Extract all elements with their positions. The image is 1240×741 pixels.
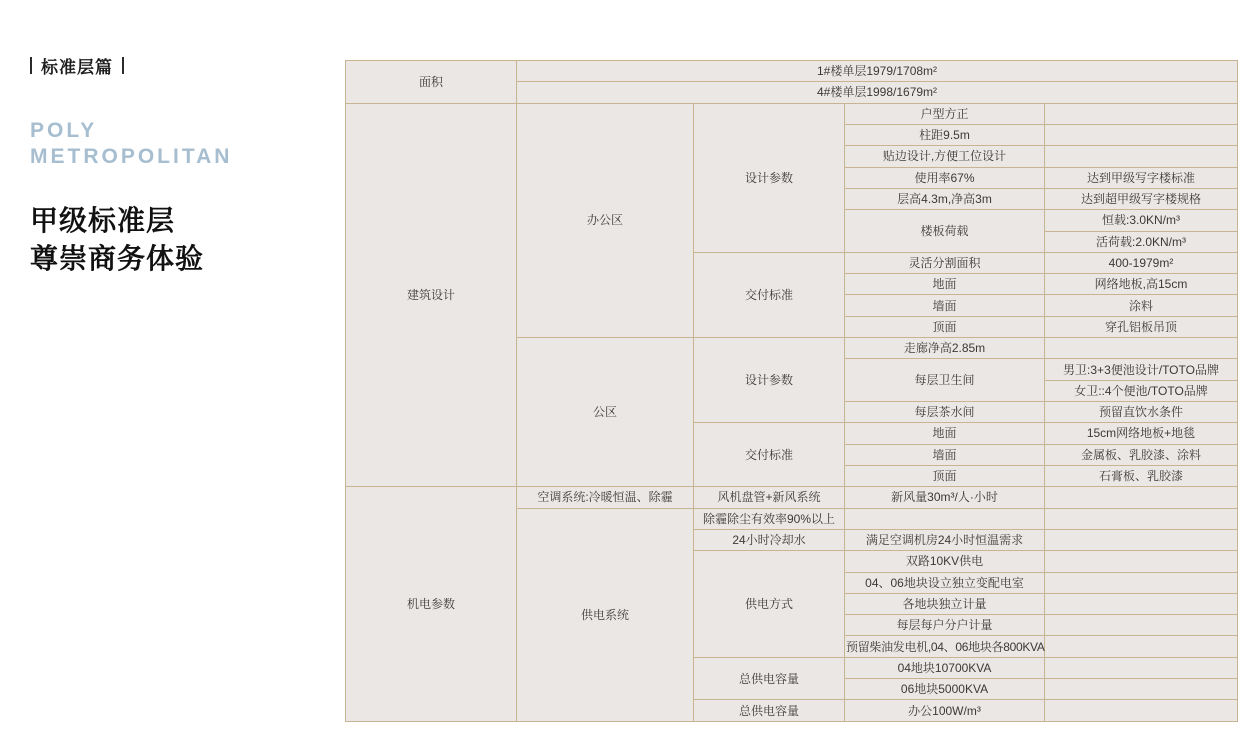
row-header-delivery-standard: 交付标准	[694, 423, 845, 487]
table-row: 建筑设计办公区设计参数户型方正	[346, 103, 1238, 124]
table-cell: 预留直饮水条件	[1045, 402, 1238, 423]
table-cell: 活荷载:2.0KN/m³	[1045, 231, 1238, 252]
page-title: 甲级标准层 尊崇商务体验	[30, 202, 330, 278]
left-column: 标准层篇 POLY METROPOLITAN 甲级标准层 尊崇商务体验	[30, 53, 330, 278]
table-cell: 每层卫生间	[845, 359, 1045, 402]
table-cell	[1045, 146, 1238, 167]
headline-line-1: 甲级标准层	[30, 202, 330, 240]
table-cell: 柱距9.5m	[845, 124, 1045, 145]
table-cell: 金属板、乳胶漆、涂料	[1045, 444, 1238, 465]
table-cell: 顶面	[845, 316, 1045, 337]
row-header-power-system: 供电系统	[517, 508, 694, 721]
row-header-architecture: 建筑设计	[346, 103, 517, 487]
table-cell: 贴边设计,方便工位设计	[845, 146, 1045, 167]
table-cell: 层高4.3m,净高3m	[845, 188, 1045, 209]
table-cell: 办公100W/m³	[845, 700, 1045, 722]
row-header-design-params: 设计参数	[694, 103, 845, 252]
table-cell: 各地块独立计量	[845, 593, 1045, 614]
row-header-design-params: 设计参数	[694, 338, 845, 423]
table-cell: 除霾除尘有效率90%以上	[694, 508, 845, 529]
table-cell: 新风量30m³/人·小时	[845, 487, 1045, 508]
table-cell: 恒载:3.0KN/m³	[1045, 210, 1238, 231]
table-cell: 顶面	[845, 465, 1045, 486]
row-header-area: 面积	[346, 61, 517, 104]
table-cell	[845, 508, 1045, 529]
table-cell: 04、06地块设立独立变配电室	[845, 572, 1045, 593]
table-cell: 双路10KV供电	[845, 551, 1045, 572]
table-cell: 每层每户分户计量	[845, 615, 1045, 636]
table-cell: 户型方正	[845, 103, 1045, 124]
table-cell: 网络地板,高15cm	[1045, 274, 1238, 295]
table-cell: 墙面	[845, 444, 1045, 465]
table-cell: 04地块10700KVA	[845, 657, 1045, 678]
table-cell: 15cm网络地板+地毯	[1045, 423, 1238, 444]
spec-table: 面积1#楼单层1979/1708m²4#楼单层1998/1679m²建筑设计办公…	[345, 60, 1238, 722]
poly-metropolitan-logo: POLY METROPOLITAN	[30, 118, 330, 170]
table-cell	[1045, 338, 1238, 359]
table-cell	[1045, 657, 1238, 678]
table-cell	[1045, 593, 1238, 614]
headline-line-2: 尊崇商务体验	[30, 240, 330, 278]
spec-table-body: 面积1#楼单层1979/1708m²4#楼单层1998/1679m²建筑设计办公…	[346, 61, 1238, 722]
presentation-slide: 标准层篇 POLY METROPOLITAN 甲级标准层 尊崇商务体验 面积1#…	[0, 0, 1240, 741]
table-row: 机电参数空调系统:冷暖恒温、除霾风机盘管+新风系统新风量30m³/人·小时	[346, 487, 1238, 508]
row-header-total-capacity: 总供电容量	[694, 700, 845, 722]
table-cell	[1045, 487, 1238, 508]
section-tag: 标准层篇	[30, 53, 330, 78]
table-cell	[1045, 615, 1238, 636]
table-cell	[1045, 636, 1238, 657]
table-cell: 地面	[845, 423, 1045, 444]
table-cell: 满足空调机房24小时恒温需求	[845, 529, 1045, 550]
table-cell: 06地块5000KVA	[845, 679, 1045, 700]
logo-line-1: POLY	[30, 118, 330, 144]
section-tag-label: 标准层篇	[41, 53, 113, 78]
row-header-mep: 机电参数	[346, 487, 517, 722]
row-header-total-capacity: 总供电容量	[694, 657, 845, 700]
table-cell	[1045, 679, 1238, 700]
table-row: 面积1#楼单层1979/1708m²	[346, 61, 1238, 82]
table-cell: 达到甲级写字楼标准	[1045, 167, 1238, 188]
table-cell	[1045, 529, 1238, 550]
table-cell	[1045, 124, 1238, 145]
tag-left-bar	[30, 57, 32, 74]
table-cell: 24小时冷却水	[694, 529, 845, 550]
table-cell: 楼板荷载	[845, 210, 1045, 253]
table-cell: 石膏板、乳胶漆	[1045, 465, 1238, 486]
table-cell	[1045, 508, 1238, 529]
table-cell: 男卫:3+3便池设计/TOTO品牌	[1045, 359, 1238, 380]
table-cell: 地面	[845, 274, 1045, 295]
table-cell: 走廊净高2.85m	[845, 338, 1045, 359]
row-header-public-zone: 公区	[517, 338, 694, 487]
table-cell: 4#楼单层1998/1679m²	[517, 82, 1238, 103]
table-cell: 灵活分割面积	[845, 252, 1045, 273]
table-cell: 达到超甲级写字楼规格	[1045, 188, 1238, 209]
row-header-power-mode: 供电方式	[694, 551, 845, 658]
table-cell: 400-1979m²	[1045, 252, 1238, 273]
table-cell: 使用率67%	[845, 167, 1045, 188]
table-cell: 涂料	[1045, 295, 1238, 316]
table-cell: 每层茶水间	[845, 402, 1045, 423]
table-cell: 墙面	[845, 295, 1045, 316]
logo-line-2: METROPOLITAN	[30, 144, 330, 170]
table-cell	[1045, 103, 1238, 124]
table-cell: 女卫::4个便池/TOTO品牌	[1045, 380, 1238, 401]
table-cell: 空调系统:冷暖恒温、除霾	[517, 487, 694, 508]
table-cell	[1045, 700, 1238, 722]
table-cell	[1045, 551, 1238, 572]
row-header-office-zone: 办公区	[517, 103, 694, 337]
tag-right-bar	[122, 57, 124, 74]
table-cell: 穿孔铝板吊顶	[1045, 316, 1238, 337]
table-cell: 预留柴油发电机,04、06地块各800KVA	[845, 636, 1045, 657]
table-cell	[1045, 572, 1238, 593]
table-cell: 1#楼单层1979/1708m²	[517, 61, 1238, 82]
row-header-delivery-standard: 交付标准	[694, 252, 845, 337]
table-cell: 风机盘管+新风系统	[694, 487, 845, 508]
